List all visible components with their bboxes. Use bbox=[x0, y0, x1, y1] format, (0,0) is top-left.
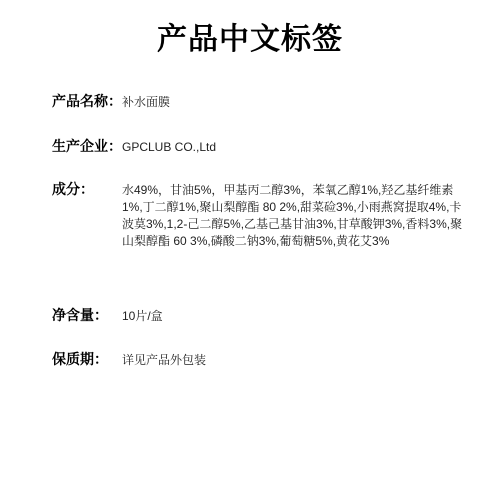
row-net-content: 净含量： 10片/盒 bbox=[52, 306, 466, 325]
product-name-label: 产品名称： bbox=[52, 92, 122, 110]
shelf-life-label: 保质期： bbox=[52, 350, 122, 368]
net-content-label: 净含量： bbox=[52, 306, 122, 324]
row-ingredients: 成分： 水49%，甘油5%，甲基丙二醇3%，苯氧乙醇1%,羟乙基纤维素1%,丁二… bbox=[52, 180, 466, 250]
product-name-value: 补水面膜 bbox=[122, 92, 466, 111]
manufacturer-value: GPCLUB CO.,Ltd bbox=[122, 137, 466, 156]
row-product-name: 产品名称： 补水面膜 bbox=[52, 92, 466, 111]
label-fields: 产品名称： 补水面膜 生产企业： GPCLUB CO.,Ltd 成分： 水49%… bbox=[0, 92, 500, 369]
shelf-life-value: 详见产品外包装 bbox=[122, 350, 466, 369]
row-manufacturer: 生产企业： GPCLUB CO.,Ltd bbox=[52, 137, 466, 156]
manufacturer-label: 生产企业： bbox=[52, 137, 122, 155]
ingredients-value: 水49%，甘油5%，甲基丙二醇3%，苯氧乙醇1%,羟乙基纤维素1%,丁二醇1%,… bbox=[122, 180, 466, 250]
page-title: 产品中文标签 bbox=[0, 0, 500, 58]
ingredients-label: 成分： bbox=[52, 180, 122, 198]
row-shelf-life: 保质期： 详见产品外包装 bbox=[52, 350, 466, 369]
net-content-value: 10片/盒 bbox=[122, 306, 466, 325]
product-label-panel: 产品中文标签 产品名称： 补水面膜 生产企业： GPCLUB CO.,Ltd 成… bbox=[0, 0, 500, 500]
